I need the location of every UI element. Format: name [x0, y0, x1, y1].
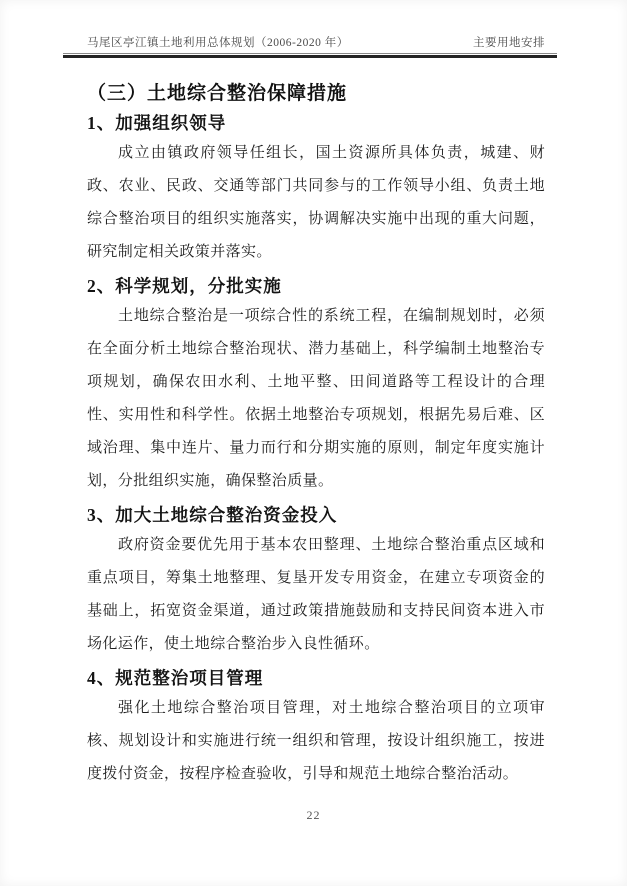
section-1-paragraph: 成立由镇政府领导任组长，国土资源所具体负责，城建、财政、农业、民政、交通等部门共… [87, 137, 545, 269]
document-page: 马尾区亭江镇土地利用总体规划（2006-2020 年） 主要用地安排 （三）土地… [0, 0, 627, 886]
section-4-paragraph: 强化土地综合整治项目管理，对土地综合整治项目的立项审核、规划设计和实施进行统一组… [87, 692, 545, 791]
section-1-heading: 1、加强组织领导 [87, 112, 545, 134]
page-header: 马尾区亭江镇土地利用总体规划（2006-2020 年） 主要用地安排 [87, 36, 545, 50]
section-2-heading: 2、科学规划，分批实施 [87, 275, 545, 297]
page-content: 马尾区亭江镇土地利用总体规划（2006-2020 年） 主要用地安排 （三）土地… [87, 36, 545, 791]
section-2-paragraph: 土地综合整治是一项综合性的系统工程，在编制规划时，必须在全面分析土地综合整治现状… [87, 300, 545, 498]
section-3-paragraph: 政府资金要优先用于基本农田整理、土地综合整治重点区域和重点项目，筹集土地整理、复… [87, 529, 545, 661]
page-number: 22 [0, 808, 627, 823]
document-title: （三）土地综合整治保障措施 [87, 82, 545, 106]
section-4-heading: 4、规范整治项目管理 [87, 667, 545, 689]
section-3-heading: 3、加大土地综合整治资金投入 [87, 504, 545, 526]
header-right-title: 主要用地安排 [473, 36, 545, 50]
header-left-title: 马尾区亭江镇土地利用总体规划（2006-2020 年） [87, 36, 349, 50]
header-rule [63, 53, 557, 58]
